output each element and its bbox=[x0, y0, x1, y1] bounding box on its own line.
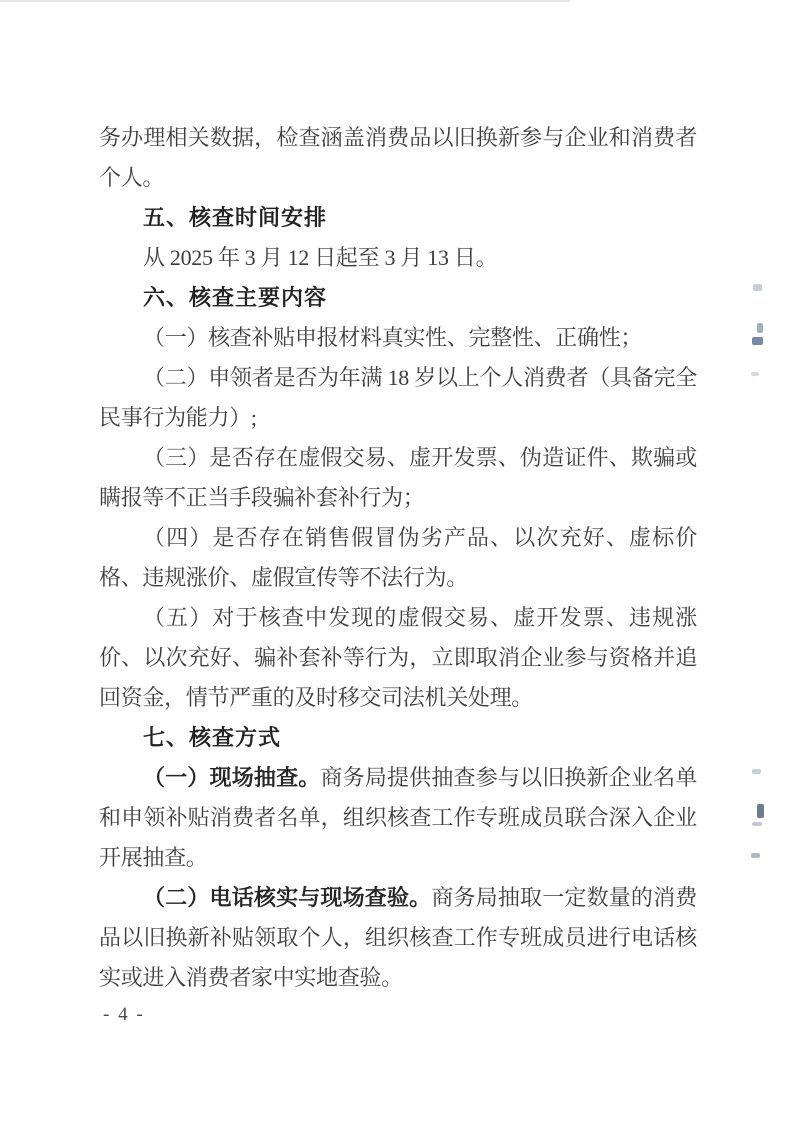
method-onsite-spot-check: （一）现场抽查。商务局提供抽查参与以旧换新企业名单和申领补贴消费者名单，组织核查… bbox=[99, 758, 697, 878]
document-page: 务办理相关数据，检查涵盖消费品以旧换新参与企业和消费者个人。 五、核查时间安排 … bbox=[0, 0, 793, 1121]
check-item-4: （四）是否存在销售假冒伪劣产品、以次充好、虚标价格、违规涨价、虚假宣传等不法行为… bbox=[99, 518, 697, 598]
check-item-1: （一）核查补贴申报材料真实性、完整性、正确性； bbox=[99, 318, 697, 358]
check-item-3: （三）是否存在虚假交易、虚开发票、伪造证件、欺骗或瞒报等不正当手段骗补套补行为； bbox=[99, 438, 697, 518]
heading-section-5: 五、核查时间安排 bbox=[99, 198, 697, 238]
paragraph-intro-continuation: 务办理相关数据，检查涵盖消费品以旧换新参与企业和消费者个人。 bbox=[99, 118, 697, 198]
heading-section-6: 六、核查主要内容 bbox=[99, 278, 697, 318]
scan-speck-artifact bbox=[753, 284, 762, 291]
heading-section-7: 七、核查方式 bbox=[99, 718, 697, 758]
scan-speck-artifact bbox=[757, 323, 763, 333]
scan-speck-artifact bbox=[751, 853, 760, 858]
scan-speck-artifact bbox=[752, 822, 762, 826]
scan-speck-artifact bbox=[751, 372, 759, 376]
method-1-lead: （一）现场抽查。 bbox=[143, 765, 320, 790]
method-2-lead: （二）电话核实与现场查验。 bbox=[143, 885, 431, 910]
page-number: - 4 - bbox=[103, 1003, 145, 1027]
scan-speck-artifact bbox=[752, 769, 761, 774]
document-body: 务办理相关数据，检查涵盖消费品以旧换新参与企业和消费者个人。 五、核查时间安排 … bbox=[99, 118, 697, 998]
check-item-2: （二）申领者是否为年满 18 岁以上个人消费者（具备完全民事行为能力）; bbox=[99, 358, 697, 438]
scan-speck-artifact bbox=[757, 804, 764, 818]
paragraph-schedule: 从 2025 年 3 月 12 日起至 3 月 13 日。 bbox=[99, 238, 697, 278]
method-phone-verification: （二）电话核实与现场查验。商务局抽取一定数量的消费品以旧换新补贴领取个人，组织核… bbox=[99, 878, 697, 998]
scan-speck-artifact bbox=[752, 337, 763, 345]
scan-edge-artifact bbox=[0, 0, 570, 2]
check-item-5: （五）对于核查中发现的虚假交易、虚开发票、违规涨价、以次充好、骗补套补等行为，立… bbox=[99, 598, 697, 718]
